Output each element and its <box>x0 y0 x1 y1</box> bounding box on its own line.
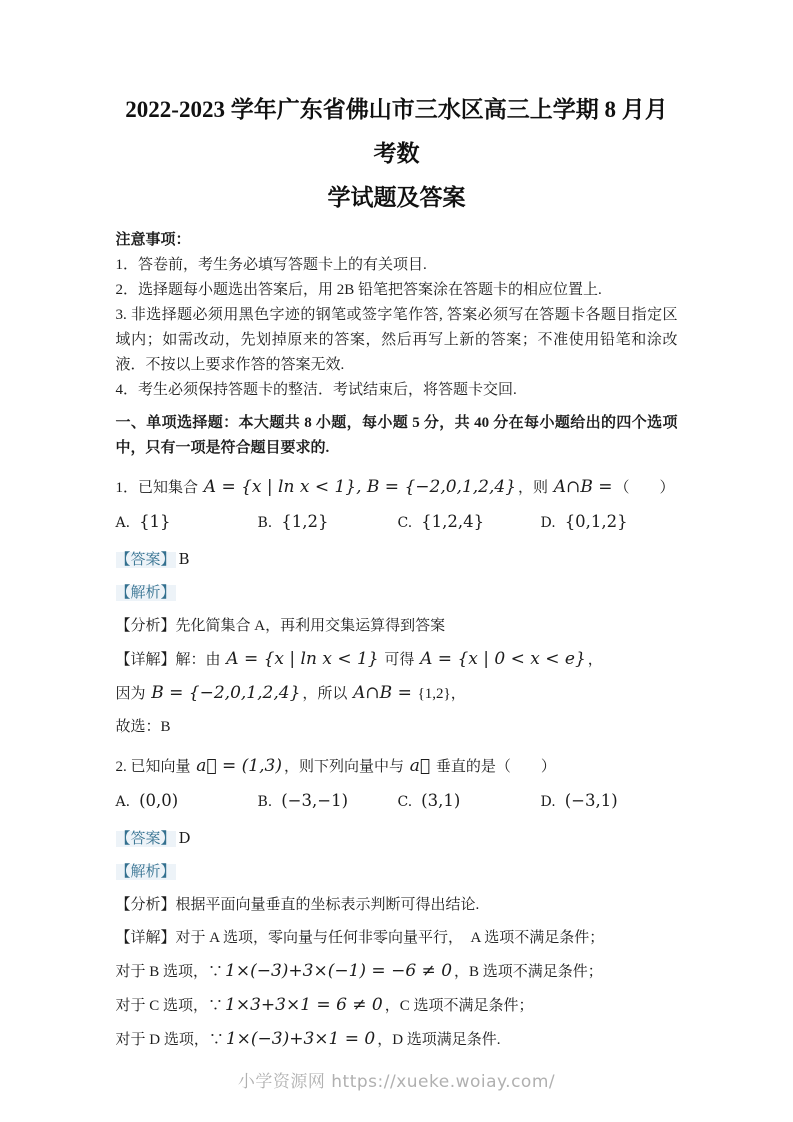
question-2-fenxi-line: 【分析】根据平面向量垂直的坐标表示判断可得出结论. <box>116 894 678 916</box>
option-c-value: (3,1) <box>421 791 460 810</box>
notice-item-4: 4．考生必须保持答题卡的整洁．考试结束后，将答题卡交回. <box>116 378 678 403</box>
notice-item-3: 3. 非选择题必须用黑色字迹的钢笔或签字笔作答, 答案必须写在答题卡各题目指定区… <box>116 303 678 378</box>
notice-item-1: 1．答卷前，考生务必填写答题卡上的有关项目. <box>116 253 678 278</box>
option-d-label: D. <box>541 515 556 531</box>
question-2-answer-value: D <box>176 829 191 847</box>
notice-item-2: 2．选择题每小题选出答案后，用 2B 铅笔把答案涂在答题卡的相应位置上. <box>116 278 678 303</box>
question-1-options: A.{1} B.{1,2} C.{1,2,4} D.{0,1,2} <box>116 512 678 532</box>
question-1-detail-line-2: 因为 B = {−2,0,1,2,4}，所以 A∩B = {1,2}， <box>116 682 678 705</box>
title-line-2: 学试题及答案 <box>116 176 678 220</box>
section-1-heading: 一、单项选择题：本大题共 8 小题，每小题 5 分，共 40 分在每小题给出的四… <box>116 411 678 461</box>
option-d-value: {0,1,2} <box>565 512 628 531</box>
title-line-1: 2022-2023 学年广东省佛山市三水区高三上学期 8 月月考数 <box>116 88 678 176</box>
question-1-option-a: A.{1} <box>116 512 258 532</box>
option-c-label: C. <box>398 794 413 810</box>
option-b-label: B. <box>258 794 273 810</box>
question-1-option-d: D.{0,1,2} <box>541 512 678 532</box>
question-1-fenxi-line: 【分析】先化简集合 A，再利用交集运算得到答案 <box>116 615 678 637</box>
option-c-value: {1,2,4} <box>421 512 484 531</box>
question-2-detail-line-b: 对于 B 选项，∵1×(−3)+3×(−1) = −6 ≠ 0，B 选项不满足条… <box>116 960 678 983</box>
question-1-jiexi-line: 【解析】 <box>116 582 678 604</box>
document-content: 2022-2023 学年广东省佛山市三水区高三上学期 8 月月考数 学试题及答案… <box>116 0 678 1051</box>
question-2-detail-line-a: 【详解】对于 A 选项，零向量与任何非零向量平行， A 选项不满足条件； <box>116 927 678 949</box>
question-1-stem: 1．已知集合 A = {x | ln x < 1}, B = {−2,0,1,2… <box>116 471 678 504</box>
question-2-option-b: B.(−3,−1) <box>258 791 398 811</box>
question-1-conclusion-line: 故选：B <box>116 716 678 738</box>
option-a-value: (0,0) <box>139 791 178 810</box>
option-a-value: {1} <box>139 512 171 531</box>
option-a-label: A. <box>116 794 131 810</box>
option-b-value: (−3,−1) <box>281 791 348 810</box>
option-b-label: B. <box>258 515 273 531</box>
exam-document-page: 2022-2023 学年广东省佛山市三水区高三上学期 8 月月考数 学试题及答案… <box>0 0 793 1122</box>
question-2-option-c: C.(3,1) <box>398 791 541 811</box>
watermark-footer: 小学资源网 https://xueke.woiay.com/ <box>0 1067 793 1092</box>
question-2-option-d: D.(−3,1) <box>541 791 678 811</box>
question-2-options: A.(0,0) B.(−3,−1) C.(3,1) D.(−3,1) <box>116 791 678 811</box>
question-1-option-b: B.{1,2} <box>258 512 398 532</box>
question-2-jiexi-line: 【解析】 <box>116 861 678 883</box>
option-a-label: A. <box>116 515 131 531</box>
jiexi-tag: 【解析】 <box>116 864 176 880</box>
question-1-option-c: C.{1,2,4} <box>398 512 541 532</box>
question-1-answer-value: B <box>176 550 190 568</box>
question-2-stem: 2. 已知向量 a⃗ = (1,3)，则下列向量中与 a⃗ 垂直的是（ ） <box>116 750 678 783</box>
option-b-value: {1,2} <box>281 512 328 531</box>
question-2-answer-line: 【答案】D <box>116 827 678 850</box>
answer-tag: 【答案】 <box>116 831 176 847</box>
option-d-value: (−3,1) <box>565 791 618 810</box>
jiexi-tag: 【解析】 <box>116 585 176 601</box>
notice-heading: 注意事项： <box>116 228 678 253</box>
option-c-label: C. <box>398 515 413 531</box>
document-title: 2022-2023 学年广东省佛山市三水区高三上学期 8 月月考数 学试题及答案 <box>116 88 678 220</box>
question-2-detail-line-c: 对于 C 选项，∵1×3+3×1 = 6 ≠ 0，C 选项不满足条件； <box>116 994 678 1017</box>
answer-tag: 【答案】 <box>116 552 176 568</box>
question-1-answer-line: 【答案】B <box>116 548 678 571</box>
question-2-detail-line-d: 对于 D 选项，∵1×(−3)+3×1 = 0，D 选项满足条件. <box>116 1028 678 1051</box>
question-1-detail-line: 【详解】解：由 A = {x | ln x < 1} 可得 A = {x | 0… <box>116 648 678 671</box>
question-2-option-a: A.(0,0) <box>116 791 258 811</box>
option-d-label: D. <box>541 794 556 810</box>
